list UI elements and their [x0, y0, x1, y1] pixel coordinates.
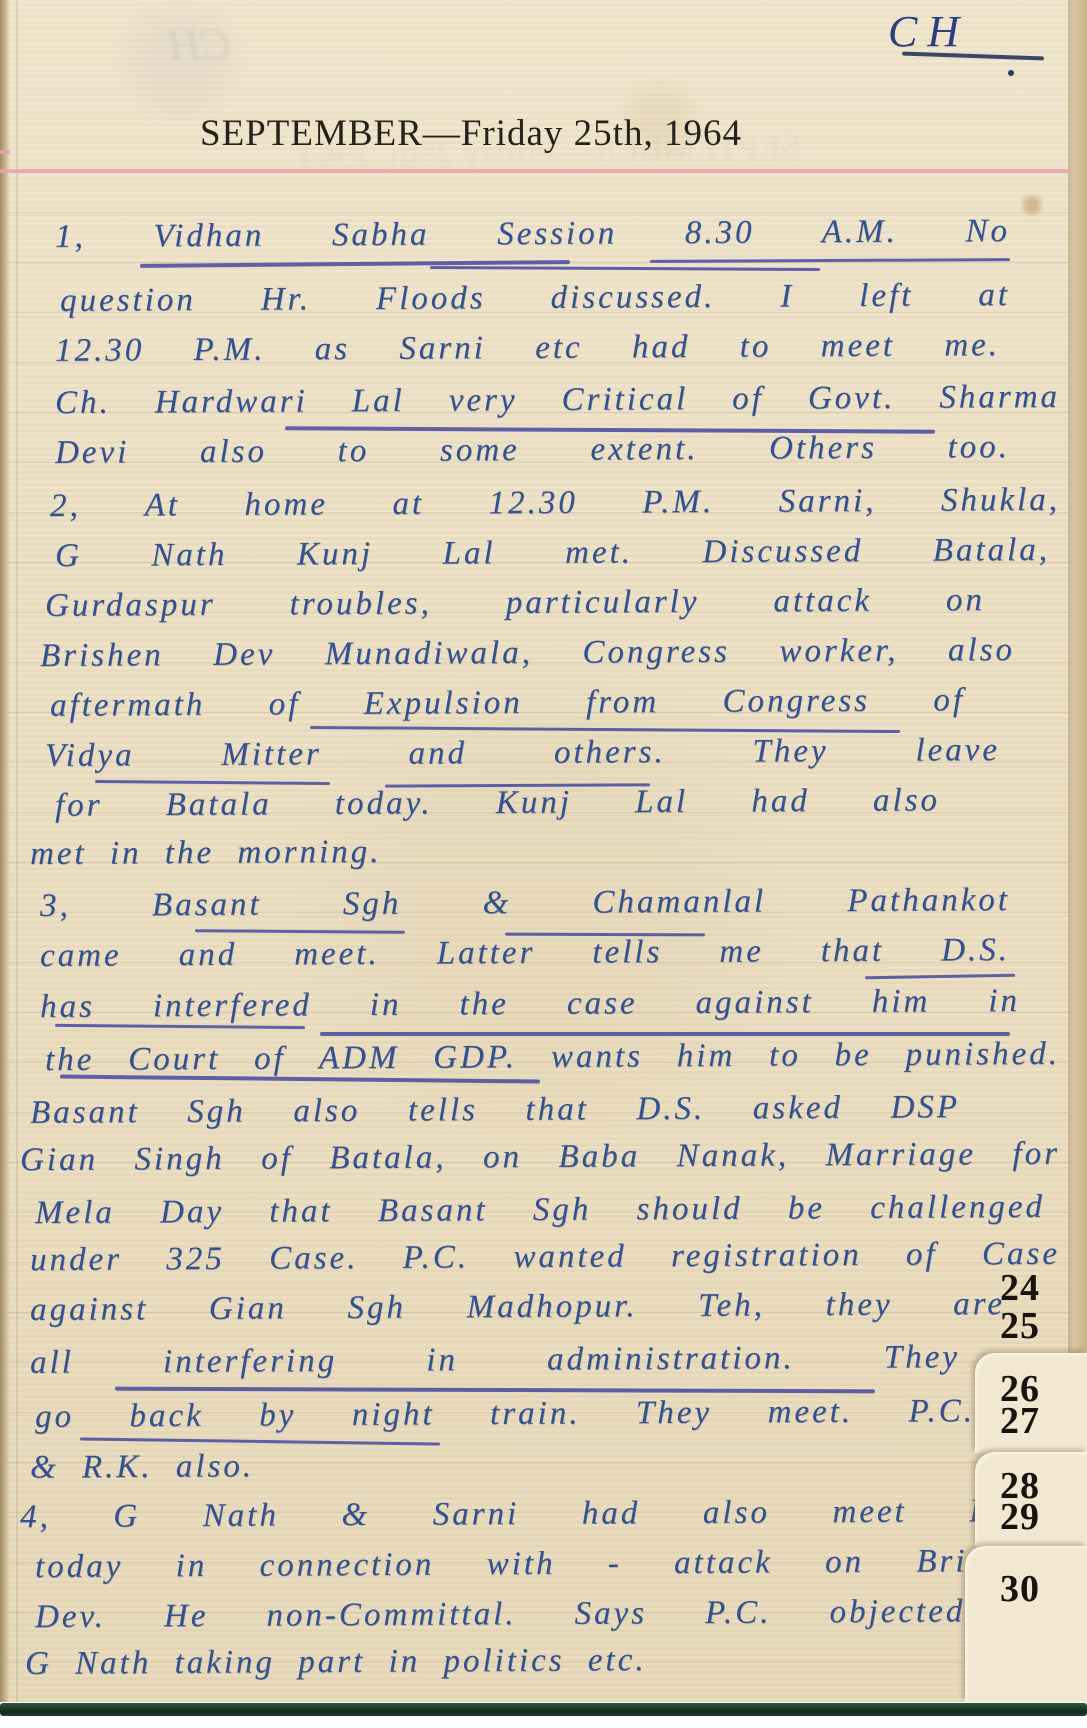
hand-underline [320, 1032, 1010, 1036]
diary-line: Mela Day that Basant Sgh should be chall… [35, 1187, 1045, 1233]
tab-number: 30 [1000, 1567, 1040, 1611]
diary-line: go back by night train. They meet. P.C. [35, 1391, 975, 1437]
diary-line: question Hr. Floods discussed. I left at [60, 275, 1010, 321]
diary-line: G Nath Kunj Lal met. Discussed Batala, [55, 530, 1050, 576]
diary-scan: CH SEPTEMBER—Friday 25th, 1964 CH SEPTEM… [0, 0, 1087, 1728]
diary-line: all interfering in administration. They [30, 1337, 960, 1383]
diary-line: G Nath taking part in politics etc. [25, 1640, 647, 1684]
pink-rule-fragment [0, 150, 10, 154]
diary-line: against Gian Sgh Madhopur. Teh, they are [30, 1284, 1005, 1330]
diary-line: Dev. He non-Committal. Says P.C. objecte… [35, 1591, 1055, 1637]
ink-bleed-ghost-initials: CH [168, 17, 233, 71]
tab-number: 25 [1000, 1304, 1040, 1348]
corner-period-dot [1008, 70, 1014, 76]
diary-line: 3, Basant Sgh & Chamanlal Pathankot [40, 880, 1010, 926]
header-pink-rule [0, 169, 1070, 173]
page-crease [16, 0, 18, 1702]
diary-line: Ch. Hardwari Lal very Critical of Govt. … [55, 377, 1060, 423]
corner-initials-block: CH [888, 6, 969, 57]
diary-line: Gian Singh of Batala, on Baba Nanak, Mar… [20, 1134, 1060, 1180]
diary-line: today in connection with - attack on Bri… [35, 1541, 1040, 1587]
page-title-date: SEPTEMBER—Friday 25th, 1964 [200, 112, 700, 155]
corner-initials: CH [888, 7, 969, 56]
diary-line: has interfered in the case against him i… [40, 981, 1020, 1027]
diary-line: came and meet. Latter tells me that D.S. [40, 930, 1010, 976]
diary-line: under 325 Case. P.C. wanted registration… [30, 1234, 1060, 1280]
tab-number: 27 [1000, 1399, 1040, 1443]
diary-line: 12.30 P.M. as Sarni etc had to meet me. [55, 325, 1000, 371]
diary-line: met in the morning. [30, 832, 382, 874]
diary-line: Basant Sgh also tells that D.S. asked DS… [30, 1087, 960, 1133]
diary-line: Devi also to some extent. Others too. [55, 427, 1010, 473]
page-left-edge [0, 0, 10, 1702]
diary-line: aftermath of Expulsion from Congress of [50, 680, 965, 726]
book-binding-edge [0, 1703, 1087, 1716]
tab-number: 29 [1000, 1495, 1040, 1539]
diary-line: 4, G Nath & Sarni had also meet R.K. [20, 1491, 1040, 1537]
diary-line: Gurdaspur troubles, particularly attack … [45, 580, 985, 626]
diary-line: 2, At home at 12.30 P.M. Sarni, Shukla, [50, 480, 1060, 526]
diary-line: Brishen Dev Munadiwala, Congress worker,… [40, 630, 1015, 676]
diary-line: the Court of ADM GDP. wants him to be pu… [45, 1034, 1060, 1080]
diary-line: 1, Vidhan Sabha Session 8.30 A.M. No [55, 211, 1010, 257]
diary-line: Vidya Mitter and others. They leave [45, 730, 1000, 776]
diary-line: & R.K. also. [30, 1446, 254, 1487]
